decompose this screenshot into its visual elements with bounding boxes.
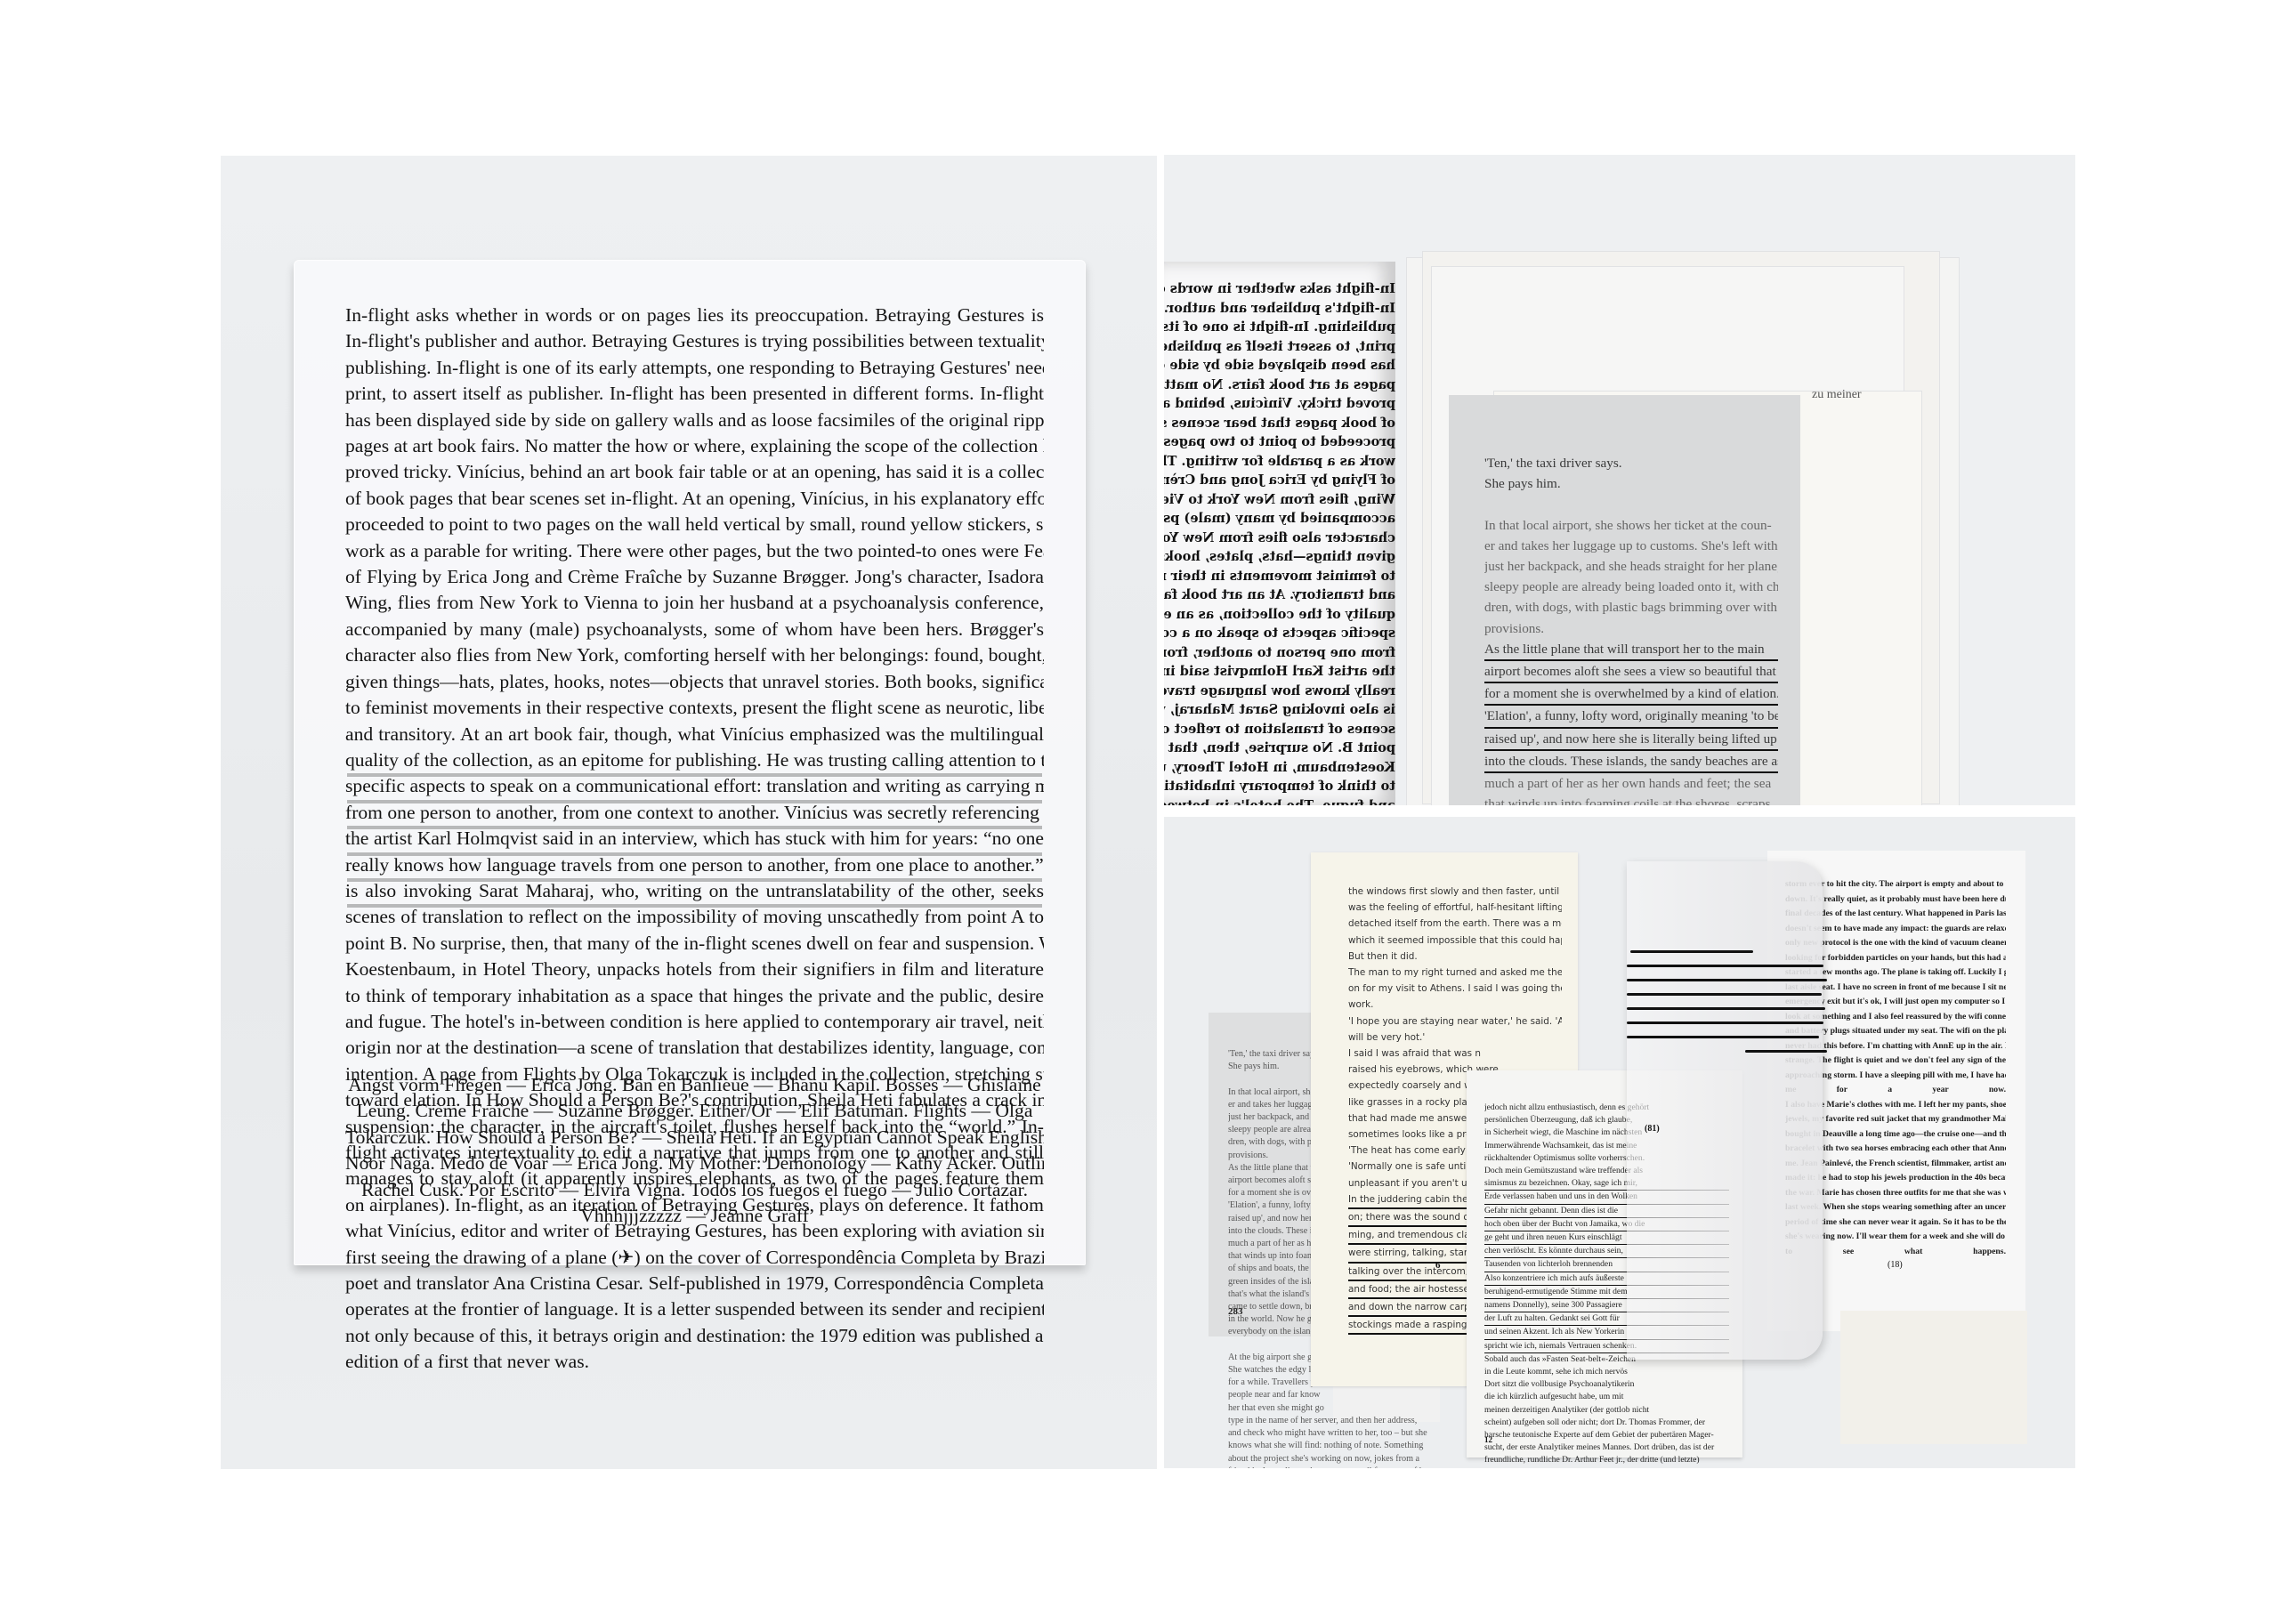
text-line: about the project she's working on now, … (1228, 1453, 1486, 1466)
text-line: Dort sitzt die vollbusige Psychoanalytik… (1484, 1378, 1729, 1391)
text-line: Leung. Crème Fraîche — Suzanne Brøgger. … (345, 1098, 1044, 1124)
text-line: point B. No surprise, then, that many of… (345, 931, 1044, 957)
mirrored-text: In-flight asks whether in words or onIn-… (1164, 279, 1395, 805)
text-line: edition of a first that never was. (345, 1349, 1044, 1375)
text-line: harsche teutonische Experte auf dem Gebi… (1484, 1429, 1729, 1441)
text-line: proved tricky. Vinícius, behind an art b… (345, 459, 1044, 485)
text-line: just her backpack, and she heads straigh… (1484, 556, 1778, 577)
text-line: knows what she will find: nothing of not… (1228, 1440, 1486, 1452)
text-line: In-flight's publisher and author. Betray… (345, 328, 1044, 354)
text-line: print, to assert itself as publisher. In… (1164, 337, 1395, 357)
text-line: from one person to another, from one con… (345, 800, 1044, 826)
dialogue-line: 'Ten,' the taxi driver says. (1484, 453, 1778, 473)
text-line: 'Elation', a funny, lofty word, original… (1484, 706, 1778, 728)
text-line: scenes of translation to reflect on the … (345, 904, 1044, 930)
text-line: As the little plane that will transport … (1484, 639, 1778, 661)
text-line: people near and far know (1228, 1389, 1486, 1401)
text-line: pages at art book fairs. No matter the h… (1164, 375, 1395, 395)
text-line: from one person to another, from one con… (1164, 643, 1395, 663)
text-line: sucht, der erste Analytiker meines Manne… (1484, 1441, 1729, 1454)
text-line: But then it did. (1348, 949, 1562, 965)
bottom-right-photo-panel: si gesturesbna yilaurof beentdgi-nIbeqqi… (1164, 817, 2075, 1468)
text-line: raised up', and now here she is literall… (1484, 729, 1778, 751)
text-line: er and takes her luggage up to customs. … (1484, 536, 1778, 556)
text-line: 'I hope you are staying near water,' he … (1348, 1013, 1562, 1030)
text-line: the artist Karl Holmqvist said in an int… (1164, 662, 1395, 682)
text-line: friend in Australia, perhaps a rare emai… (1228, 1466, 1486, 1468)
grey-page: 'Ten,' the taxi driver says.She pays him… (1449, 395, 1800, 805)
text-line: was the feeling of effortful, half-hesit… (1348, 900, 1562, 916)
text-line: is also invoking Sarat Maharaj, who, wri… (345, 878, 1044, 904)
text-line: scheint) aufgeben soll oder nicht; dort … (1484, 1417, 1729, 1429)
text-line: really knows how language travels from o… (1164, 682, 1395, 701)
text-line: given things—hats, plates, hooks, notes— (1164, 547, 1395, 567)
text-line: specific aspects to speak on a communica… (1164, 624, 1395, 643)
translucent-curled-page (1627, 861, 1823, 1360)
text-line: Rachel Cusk. Por Escrito — Elvira Vigna.… (345, 1177, 1044, 1203)
text-line: to feminist movements in their respectiv… (345, 695, 1044, 721)
text-line: work as a parable for writing. There wer… (1164, 452, 1395, 472)
text-line: and transitory. At an art book fair, tho… (345, 722, 1044, 747)
text-line: in die Leute kommt, sehe ich mich nervös (1484, 1366, 1729, 1378)
text-line: print, to assert itself as publisher. In… (345, 381, 1044, 407)
text-line: is also invoking Sarat Maharaj, who, w (1164, 700, 1395, 720)
text-line: The man to my right turned and asked me … (1348, 965, 1562, 981)
text-line: Wing, flies from New York to Vienna to (1164, 490, 1395, 510)
corner-text: zu meiner (1812, 388, 1862, 402)
text-line: and check who might have written to her,… (1228, 1427, 1486, 1440)
text-line: proved tricky. Vinícius, behind an art b… (1164, 394, 1395, 414)
text-line: the windows first slowly and then faster… (1348, 884, 1562, 900)
text-line: Koestenbaum, in Hotel Theory, unpack (1164, 758, 1395, 778)
text-line: type in the name of her server, and then… (1228, 1415, 1486, 1427)
text-line: die ich kürzlich aufgesucht habe, um mit (1484, 1391, 1729, 1403)
text-line: which it seemed impossible that this cou… (1348, 933, 1562, 949)
text-line: not only because of this, it betrays ori… (345, 1323, 1044, 1349)
text-line: and fugue. The hotel's in-between condit… (1164, 796, 1395, 806)
paper-sheet (1840, 1311, 2027, 1444)
text-line: to think of temporary inhabitation as a … (1164, 777, 1395, 796)
text-line: Vhhhjjjzzzzz — Jeanne Graff (345, 1203, 1044, 1229)
dialogue-line: She pays him. (1484, 473, 1778, 494)
text-line: Psychoanalytiker meiner Freundin Pia, un… (1484, 1467, 1729, 1468)
mirrored-page: In-flight asks whether in words or onIn-… (1164, 262, 1395, 805)
text-line: that winds up into foaming coils at the … (1484, 794, 1778, 805)
text-line: freundliche, rundliche Dr. Arthur Feet j… (1484, 1454, 1729, 1466)
bibliography-list: Angst vorm Fliegen — Erica Jong. Ban en … (345, 1072, 1044, 1229)
redaction-lines (1627, 950, 1831, 1064)
page-number: (81) (1645, 1124, 1660, 1134)
text-line: work. (1348, 997, 1562, 1013)
text-line: character also flies from New York, comf… (345, 642, 1044, 668)
text-line: specific aspects to speak on a communica… (345, 773, 1044, 799)
text-line: character also flies from New York, comf (1164, 529, 1395, 548)
text-line: proceeded to point to two pages on the w… (345, 512, 1044, 537)
text-line: point B. No surprise, then, that many of… (1164, 739, 1395, 758)
text-line: origin nor at the destination—a scene of… (345, 1035, 1044, 1061)
left-photo-panel: In-flight asks whether in words or on pa… (221, 156, 1157, 1469)
text-line: In-flight's publisher and author. Betray… (1164, 299, 1395, 319)
text-line: airport becomes aloft she sees a view so… (1484, 661, 1778, 683)
text-line: into the clouds. These islands, the sand… (1484, 751, 1778, 773)
top-right-photo-panel: zu meiner In-flight asks whether in word… (1164, 155, 2075, 805)
text-line: meinen derzeitigen Analytiker (der gottl… (1484, 1404, 1729, 1417)
page-number: 12 (1484, 1435, 1492, 1444)
text-line: provisions. (1484, 618, 1778, 639)
text-line: Angst vorm Fliegen — Erica Jong. Ban en … (345, 1072, 1044, 1098)
text-line: In-flight asks whether in words or on (1164, 279, 1395, 299)
text-line: of book pages that bear scenes set in-fl… (345, 486, 1044, 512)
text-line: of Flying by Erica Jong and Crème Fraîch… (345, 564, 1044, 590)
text-line: the artist Karl Holmqvist said in an int… (345, 826, 1044, 852)
text-line: of book pages that bear scenes set in-fl… (1164, 414, 1395, 433)
text-line: dren, with dogs, with plastic bags brimm… (1484, 597, 1778, 618)
text-line: Wing, flies from New York to Vienna to j… (345, 590, 1044, 616)
text-line: In that local airport, she shows her tic… (1484, 515, 1778, 536)
text-line: has been displayed side by side on galle… (1164, 356, 1395, 375)
text-line: publishing. In-flight is one of its earl… (345, 355, 1044, 381)
text-line: and transitory. At an art book fair, tho… (1164, 585, 1395, 605)
text-line: Koestenbaum, in Hotel Theory, unpacks ho… (345, 957, 1044, 982)
text-line: sleepy people are already being loaded o… (1484, 577, 1778, 597)
text-line: first seeing the drawing of a plane (✈) … (345, 1245, 1044, 1271)
text-line: really knows how language travels from o… (345, 852, 1044, 878)
text-line: Tokarczuk. How Should a Person Be? — She… (345, 1125, 1044, 1151)
text-line: detached itself from the earth. There wa… (1348, 916, 1562, 932)
text-line: much a part of her as her own hands and … (1484, 773, 1778, 794)
text-line: has been displayed side by side on galle… (345, 408, 1044, 433)
text-line: I said I was afraid that was n (1348, 1046, 1562, 1062)
text-line: her that even she might go (1228, 1402, 1486, 1415)
page-number: (18) (1888, 1260, 1903, 1270)
text-line: accompanied by many (male) psychoar (1164, 509, 1395, 529)
text-line: In-flight asks whether in words or on pa… (345, 303, 1044, 328)
text-line: pages at art book fairs. No matter the h… (345, 433, 1044, 459)
text-line: to think of temporary inhabitation as a … (345, 983, 1044, 1009)
text-line: for a moment she is overwhelmed by a kin… (1484, 683, 1778, 706)
text-line: will be very hot.' (1348, 1030, 1562, 1046)
text-line: quality of the collection, as an epitome… (1164, 605, 1395, 625)
text-line: proceeded to point to two pages on the w… (1164, 432, 1395, 452)
text-line: to feminist movements in their respectiv… (1164, 567, 1395, 586)
text-line: on for my visit to Athens. I said I was … (1348, 981, 1562, 997)
text-line: quality of the collection, as an epitome… (345, 747, 1044, 773)
text-line: operates at the frontier of language. It… (345, 1296, 1044, 1322)
text-line: given things—hats, plates, hooks, notes—… (345, 669, 1044, 695)
grey-page-text: 'Ten,' the taxi driver says.She pays him… (1484, 453, 1778, 805)
page-number: 283 (1228, 1306, 1243, 1317)
text-line: publishing. In-flight is one of its earl… (1164, 318, 1395, 337)
text-line: and fugue. The hotel's in-between condit… (345, 1009, 1044, 1035)
text-line: work as a parable for writing. There wer… (345, 538, 1044, 564)
text-line: Noor Naga. Medo de Voar — Erica Jong. My… (345, 1151, 1044, 1176)
text-line: poet and translator Ana Cristina Cesar. … (345, 1271, 1044, 1296)
text-line: of Flying by Erica Jong and Crème Fraîc (1164, 471, 1395, 490)
text-line: accompanied by many (male) psychoanalyst… (345, 617, 1044, 642)
text-line: scenes of translation to reflect on the … (1164, 720, 1395, 739)
page-number: 6 (1435, 1260, 1441, 1271)
